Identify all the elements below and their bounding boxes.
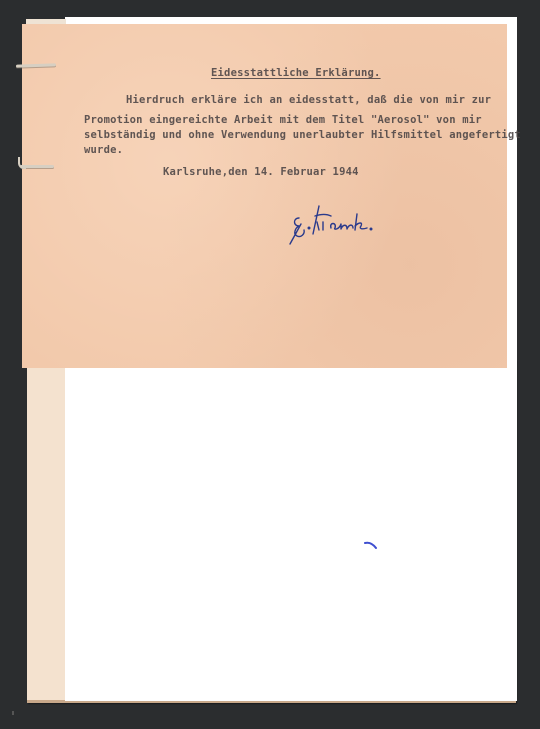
scan-artifact [12, 711, 14, 715]
handwritten-signature [287, 200, 377, 248]
declaration-line-3: selbständig und ohne Verwendung unerlaub… [84, 129, 521, 141]
declaration-title: Eidesstattliche Erklärung. [211, 67, 381, 79]
place-and-date: Karlsruhe,den 14. Februar 1944 [163, 166, 359, 178]
ink-mark [364, 541, 378, 551]
binding-string-loop [18, 157, 26, 169]
declaration-line-4: wurde. [84, 144, 123, 156]
declaration-line-1: Hierdruch erkläre ich an eidesstatt, daß… [126, 94, 491, 106]
declaration-line-2: Promotion eingereichte Arbeit mit dem Ti… [84, 114, 482, 126]
